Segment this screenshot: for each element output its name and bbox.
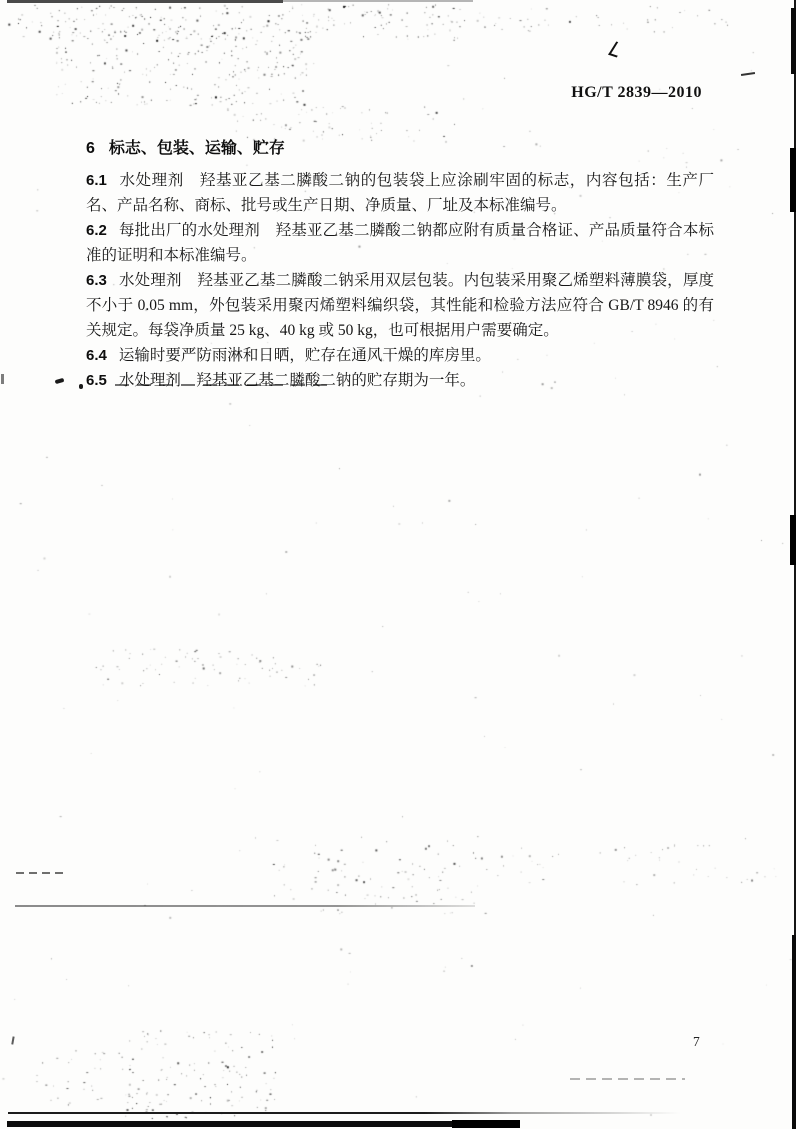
clause-number: 6.4 <box>86 347 107 364</box>
clause-text: 水处理剂 羟基亚乙基二膦酸二钠的包装袋上应涂刷牢固的标志，内容包括：生产厂名、产… <box>86 172 714 214</box>
clause-number: 6.1 <box>86 172 107 189</box>
scan-edge-bar-top <box>7 0 283 3</box>
clause-6-1: 6.1水处理剂 羟基亚乙基二膦酸二钠的包装袋上应涂刷牢固的标志，内容包括：生产厂… <box>86 168 714 218</box>
scan-bar-bottom-blob <box>452 1120 520 1128</box>
clause-text: 每批出厂的水处理剂 羟基亚乙基二膦酸二钠都应附有质量合格证、产品质量符合本标准的… <box>86 222 714 264</box>
clause-text: 运输时要严防雨淋和日晒，贮存在通风干燥的库房里。 <box>119 347 491 364</box>
section-title: 标志、包装、运输、贮存 <box>109 140 285 157</box>
scan-edge-blob <box>792 935 796 1129</box>
document-body: 6标志、包装、运输、贮存 6.1水处理剂 羟基亚乙基二膦酸二钠的包装袋上应涂刷牢… <box>86 136 714 393</box>
section-heading: 6标志、包装、运输、贮存 <box>86 136 714 161</box>
ink-mark <box>79 384 83 389</box>
scan-edge-bar-top-faint <box>283 0 473 2</box>
section-number: 6 <box>86 140 95 157</box>
scan-line-bottom-thin <box>8 1112 680 1114</box>
scanned-document-page: HG/T 2839—2010 6标志、包装、运输、贮存 6.1水处理剂 羟基亚乙… <box>0 0 796 1129</box>
ink-mark <box>55 378 65 384</box>
clause-number: 6.3 <box>86 272 107 289</box>
ink-mark <box>5 1035 14 1044</box>
scan-line-middle-faint <box>15 905 475 907</box>
scan-edge-blob <box>790 148 796 212</box>
scan-edge-tick <box>1 374 4 384</box>
ink-mark <box>608 42 625 58</box>
scan-dashes-bottom <box>570 1078 685 1080</box>
clause-text: 水处理剂 羟基亚乙基二膦酸二钠采用双层包装。内包装采用聚乙烯塑料薄膜袋，厚度不小… <box>86 272 714 339</box>
ink-mark <box>741 72 755 76</box>
clause-text: 水处理剂 羟基亚乙基二膦酸二钠的贮存期为一年。 <box>119 372 476 389</box>
clause-number: 6.2 <box>86 222 107 239</box>
scan-dashes-left <box>16 872 68 874</box>
standard-number-header: HG/T 2839—2010 <box>571 84 702 102</box>
clause-6-3: 6.3水处理剂 羟基亚乙基二膦酸二钠采用双层包装。内包装采用聚乙烯塑料薄膜袋，厚… <box>86 268 714 343</box>
clause-6-2: 6.2每批出厂的水处理剂 羟基亚乙基二膦酸二钠都应附有质量合格证、产品质量符合本… <box>86 218 714 268</box>
clause-number: 6.5 <box>86 372 107 389</box>
clause-6-4: 6.4运输时要严防雨淋和日晒，贮存在通风干燥的库房里。 <box>86 343 714 368</box>
scan-bar-bottom-thick <box>7 1121 520 1127</box>
clause-6-5: 6.5水处理剂 羟基亚乙基二膦酸二钠的贮存期为一年。 <box>86 368 714 393</box>
page-number: 7 <box>693 1034 700 1050</box>
scan-edge-blob <box>791 8 796 74</box>
scan-edge-blob <box>790 515 796 565</box>
